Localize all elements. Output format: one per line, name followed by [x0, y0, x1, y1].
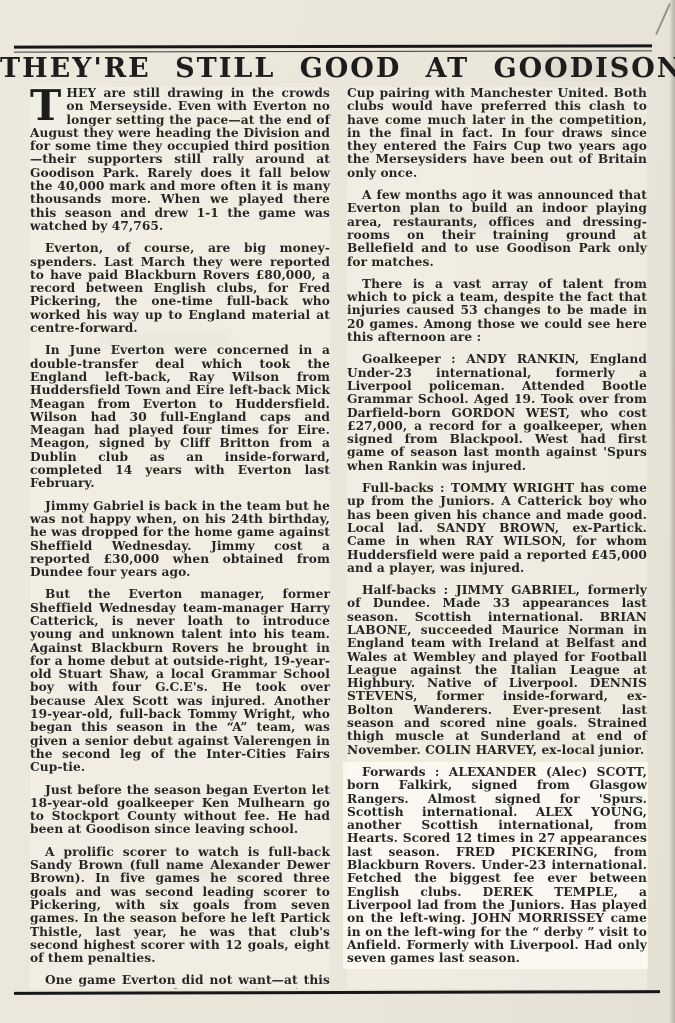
- left-column: THEY are still drawing in the crowds on …: [30, 87, 330, 989]
- paragraph-half-backs: Half-backs : JIMMY GABRIEL, formerly of …: [347, 584, 647, 757]
- paragraph-goalkeeper: Goalkeeper : ANDY RANKIN, England Under-…: [347, 353, 647, 473]
- top-rule-thick: [14, 44, 652, 48]
- paragraph: Cup pairing with Manchester United. Both…: [347, 87, 647, 180]
- paragraph: In June Everton were concerned in a doub…: [30, 344, 330, 490]
- paragraph-lead: THEY are still drawing in the crowds on …: [30, 87, 330, 233]
- paragraph: Jimmy Gabriel is back in the team but he…: [30, 500, 330, 580]
- paragraph-full-backs: Full-backs : TOMMY WRIGHT has come up fr…: [347, 482, 647, 575]
- paragraph: A prolific scorer to watch is full-back …: [30, 846, 330, 966]
- paragraph: There is a vast array of talent from whi…: [347, 278, 647, 344]
- drop-cap: T: [30, 87, 66, 123]
- article-body: THEY are still drawing in the crowds on …: [30, 87, 648, 989]
- programme-page: THEY'RE STILL GOOD AT GOODISON THEY are …: [0, 0, 675, 1023]
- paragraph: One game Everton did not want—at this st…: [30, 974, 330, 989]
- page-edge-shadow: [669, 0, 675, 1023]
- paragraph: Just before the season began Everton let…: [30, 784, 330, 837]
- paragraph-forwards: Forwards : ALEXANDER (Alec) SCOTT, born …: [347, 766, 647, 965]
- paragraph: Everton, of course, are big money-spende…: [30, 242, 330, 335]
- article-headline: THEY'RE STILL GOOD AT GOODISON: [0, 53, 661, 84]
- right-column: Cup pairing with Manchester United. Both…: [347, 87, 647, 989]
- paragraph: A few months ago it was announced that E…: [347, 189, 647, 269]
- bottom-rule: [14, 990, 660, 995]
- paragraph: But the Everton manager, former Sheffiel…: [30, 588, 330, 774]
- paragraph-text: HEY are still drawing in the crowds on M…: [30, 87, 330, 233]
